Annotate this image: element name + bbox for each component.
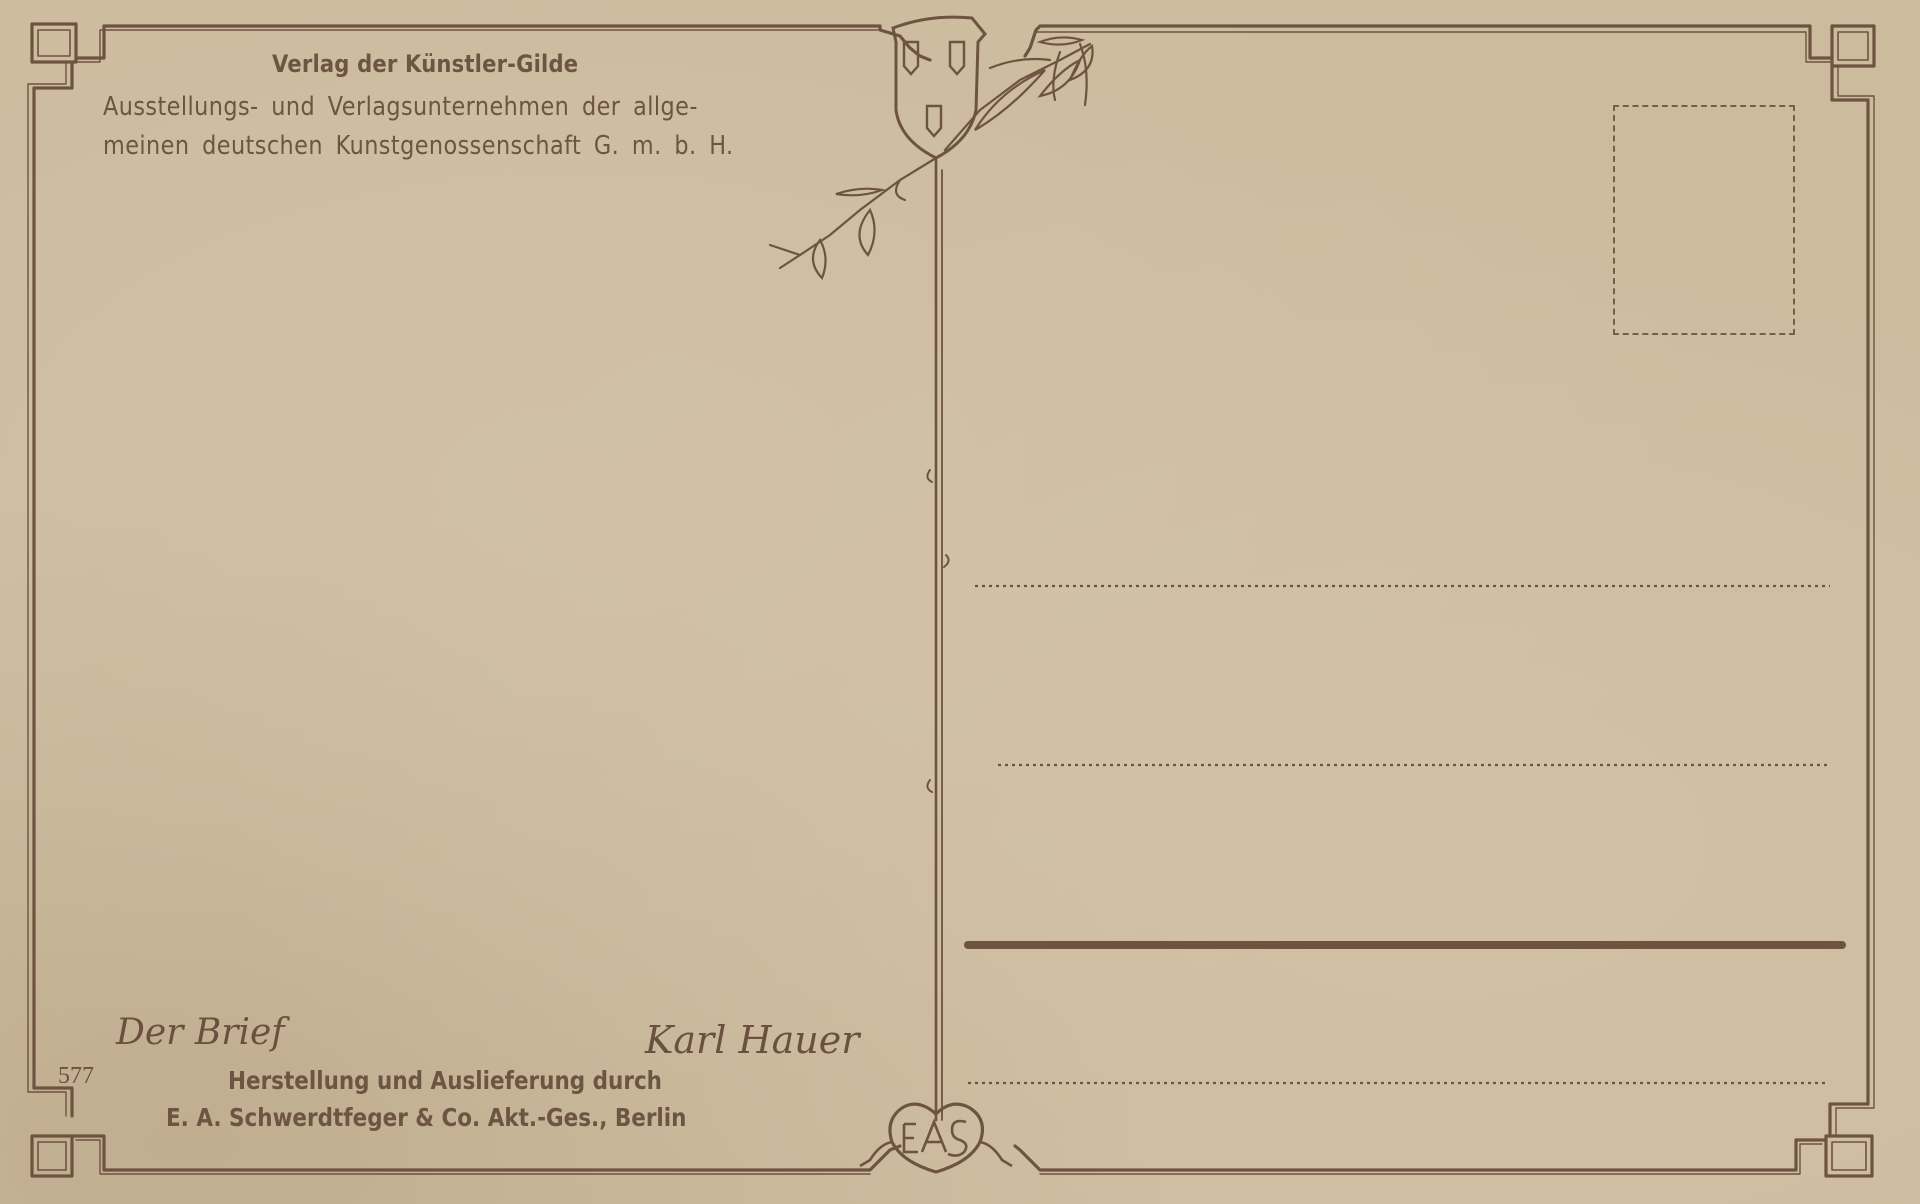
publisher-description-line-2: meinen deutschen Kunstgenossenschaft G. … [103,131,734,161]
postcard-back: Verlag der Künstler-Gilde Ausstellungs- … [0,0,1920,1204]
eas-heart-logo-icon [860,1104,1012,1172]
printer-line-1: Herstellung und Auslieferung durch [228,1066,662,1095]
shield-emblem-icon [893,17,985,158]
artist-name: Karl Hauer [645,1018,859,1062]
stamp-box [1613,105,1795,335]
publisher-description-line-1: Ausstellungs- und Verlagsunternehmen der… [103,92,698,122]
address-lines [968,586,1842,1083]
printer-line-2: E. A. Schwerdtfeger & Co. Akt.-Ges., Ber… [166,1103,686,1132]
publisher-title: Verlag der Künstler-Gilde [272,50,578,78]
artwork-title: Der Brief [116,1012,285,1053]
message-area [50,200,910,980]
card-number: 577 [58,1063,94,1090]
